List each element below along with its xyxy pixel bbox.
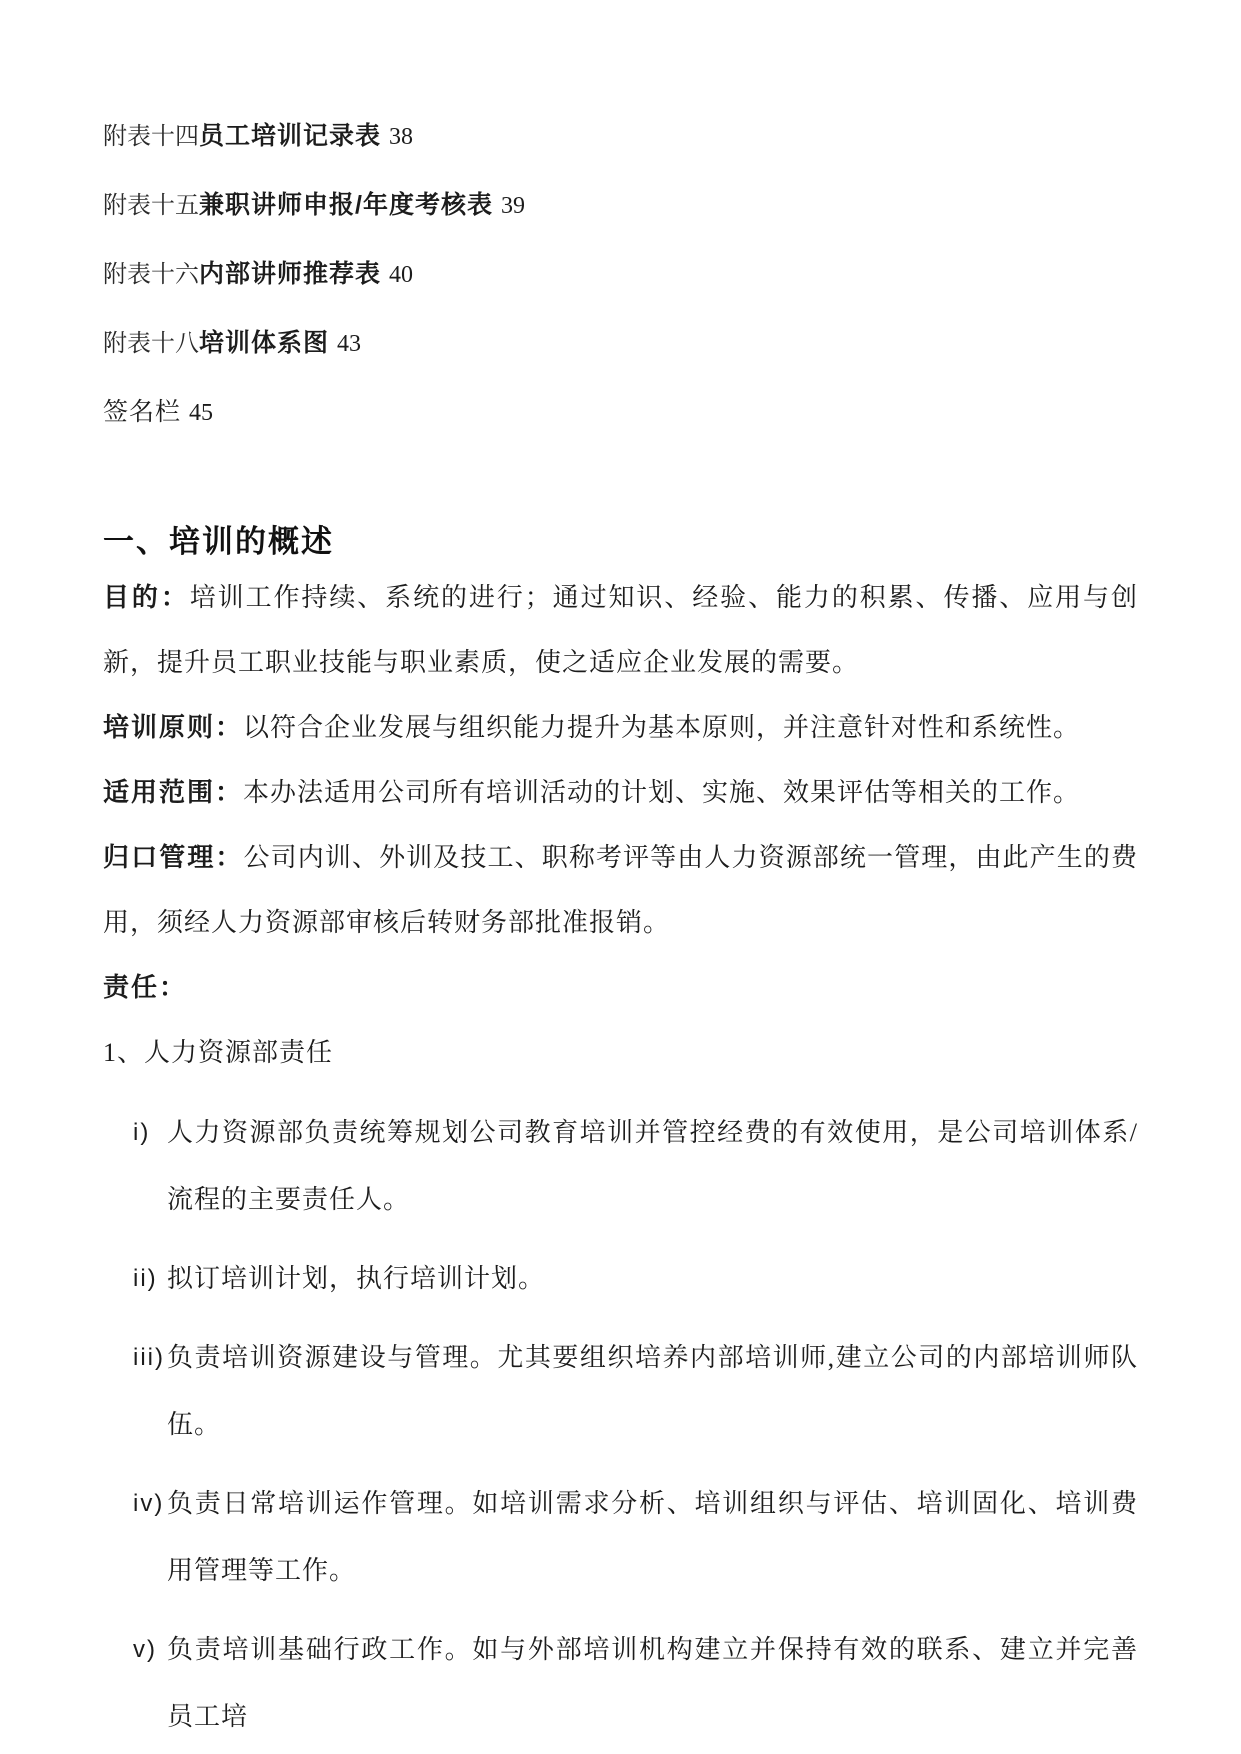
- list-item-text: 人力资源部负责统筹规划公司教育培训并管控经费的有效使用，是公司培训体系/流程的主…: [167, 1118, 1138, 1214]
- paragraph-responsibility-heading: 责任：: [103, 955, 1138, 1020]
- toc-entry-page-number: 40: [389, 262, 413, 288]
- paragraph-label: 目的：: [103, 583, 190, 612]
- toc-entry-prefix: 附表十八: [103, 331, 199, 357]
- paragraph-purpose: 目的：培训工作持续、系统的进行；通过知识、经验、能力的积累、传播、应用与创新，提…: [103, 565, 1138, 695]
- toc-entry-title: 内部讲师推荐表: [199, 260, 381, 288]
- toc-entry-page-number: 38: [389, 124, 413, 150]
- toc-entry-page-number: 43: [337, 331, 361, 357]
- paragraph-hr-responsibility-title: 1、人力资源部责任: [103, 1020, 1138, 1085]
- toc-entry-title: 员工培训记录表: [199, 122, 381, 150]
- paragraph-text: 1、人力资源部责任: [103, 1038, 333, 1067]
- paragraph-label: 培训原则：: [103, 713, 243, 742]
- toc-item[interactable]: 附表十八培训体系图43: [103, 329, 1138, 358]
- list-item-marker: v): [133, 1616, 157, 1683]
- paragraph-text: 公司内训、外训及技工、职称考评等由人力资源部统一管理，由此产生的费用，须经人力资…: [103, 843, 1138, 937]
- list-item: v)负责培训基础行政工作。如与外部培训机构建立并保持有效的联系、建立并完善员工培: [103, 1616, 1138, 1750]
- toc-entry-prefix: 附表十五: [103, 193, 199, 219]
- list-item-text: 负责日常培训运作管理。如培训需求分析、培训组织与评估、培训固化、培训费用管理等工…: [167, 1489, 1138, 1585]
- document-page: 附表十四员工培训记录表38 附表十五兼职讲师申报/年度考核表39 附表十六内部讲…: [0, 0, 1241, 1754]
- paragraph-centralized-management: 归口管理：公司内训、外训及技工、职称考评等由人力资源部统一管理，由此产生的费用，…: [103, 825, 1138, 955]
- toc-entry-page-number: 39: [501, 193, 525, 219]
- section-heading: 一、培训的概述: [103, 523, 1138, 561]
- list-item: i)人力资源部负责统筹规划公司教育培训并管控经费的有效使用，是公司培训体系/流程…: [103, 1099, 1138, 1233]
- paragraph-label: 归口管理：: [103, 843, 244, 872]
- toc-item[interactable]: 签名栏45: [103, 398, 1138, 427]
- toc-item[interactable]: 附表十五兼职讲师申报/年度考核表39: [103, 191, 1138, 220]
- list-item-marker: i): [133, 1099, 150, 1166]
- toc-entry-title: 签名栏: [103, 398, 181, 426]
- paragraph-text: 本办法适用公司所有培训活动的计划、实施、效果评估等相关的工作。: [243, 778, 1080, 807]
- toc-entry-page-number: 45: [189, 400, 213, 426]
- table-of-contents: 附表十四员工培训记录表38 附表十五兼职讲师申报/年度考核表39 附表十六内部讲…: [103, 122, 1138, 427]
- toc-entry-prefix: 附表十六: [103, 262, 199, 288]
- list-item-marker: ii): [133, 1245, 158, 1312]
- paragraph-text: 以符合企业发展与组织能力提升为基本原则，并注意针对性和系统性。: [243, 713, 1080, 742]
- paragraph-label: 责任：: [103, 973, 187, 1002]
- responsibility-list: i)人力资源部负责统筹规划公司教育培训并管控经费的有效使用，是公司培训体系/流程…: [103, 1099, 1138, 1750]
- paragraph-label: 适用范围：: [103, 778, 243, 807]
- paragraph-scope: 适用范围：本办法适用公司所有培训活动的计划、实施、效果评估等相关的工作。: [103, 760, 1138, 825]
- toc-item[interactable]: 附表十六内部讲师推荐表40: [103, 260, 1138, 289]
- toc-entry-title: 兼职讲师申报/年度考核表: [199, 191, 493, 219]
- list-item: iv)负责日常培训运作管理。如培训需求分析、培训组织与评估、培训固化、培训费用管…: [103, 1470, 1138, 1604]
- toc-item[interactable]: 附表十四员工培训记录表38: [103, 122, 1138, 151]
- section-body: 目的：培训工作持续、系统的进行；通过知识、经验、能力的积累、传播、应用与创新，提…: [103, 565, 1138, 1085]
- list-item: iii)负责培训资源建设与管理。尤其要组织培养内部培训师,建立公司的内部培训师队…: [103, 1324, 1138, 1458]
- paragraph-text: 培训工作持续、系统的进行；通过知识、经验、能力的积累、传播、应用与创新，提升员工…: [103, 583, 1138, 677]
- toc-entry-prefix: 附表十四: [103, 124, 199, 150]
- list-item-marker: iii): [133, 1324, 165, 1391]
- list-item: ii)拟订培训计划，执行培训计划。: [103, 1245, 1138, 1312]
- list-item-text: 负责培训资源建设与管理。尤其要组织培养内部培训师,建立公司的内部培训师队伍。: [167, 1343, 1138, 1439]
- list-item-text: 负责培训基础行政工作。如与外部培训机构建立并保持有效的联系、建立并完善员工培: [167, 1635, 1138, 1731]
- toc-entry-title: 培训体系图: [199, 329, 329, 357]
- list-item-text: 拟订培训计划，执行培训计划。: [167, 1264, 545, 1293]
- paragraph-training-principle: 培训原则：以符合企业发展与组织能力提升为基本原则，并注意针对性和系统性。: [103, 695, 1138, 760]
- list-item-marker: iv): [133, 1470, 164, 1537]
